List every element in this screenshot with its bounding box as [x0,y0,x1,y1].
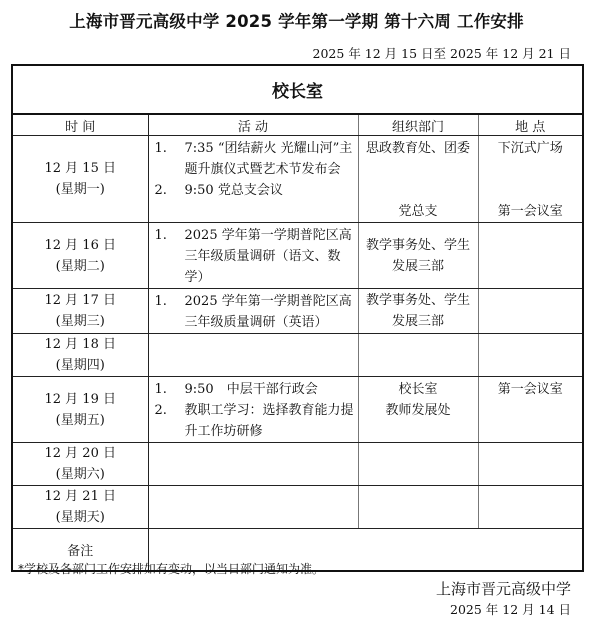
activity-number: 1. [155,138,185,180]
date-cell: 12 月 20 日 (星期六) [12,443,148,486]
department: 思政教育处、团委 [359,138,478,159]
department: 校长室 [359,379,478,400]
date: 12 月 16 日 [13,235,148,256]
document-title: 上海市晋元高级中学 2025 学年第一学期 第十六周 工作安排 [0,8,593,32]
department-cell: 教学事务处、学生发展三部 [358,289,478,334]
table-row: 12 月 17 日 (星期三) 1. 2025 学年第一学期普陀区高三年级质量调… [12,289,583,334]
department: 教学事务处、学生发展三部 [365,290,472,332]
activity-item: 2. 教职工学习：选择教育能力提升工作坊研修 [155,400,354,442]
activity-cell: 1. 7:35 “团结薪火 光耀山河”主题升旗仪式暨艺术节发布会 2. 9:50… [148,136,358,223]
table-row: 12 月 15 日 (星期一) 1. 7:35 “团结薪火 光耀山河”主题升旗仪… [12,136,583,223]
weekday: (星期天) [13,507,148,528]
date: 12 月 20 日 [13,443,148,464]
activity-text: 2025 学年第一学期普陀区高三年级质量调研（语文、数学） [185,225,354,288]
activity-text: 2025 学年第一学期普陀区高三年级质量调研（英语） [185,291,354,333]
signer: 上海市晋元高级中学 [436,578,571,599]
activity-number: 2. [155,180,185,201]
table-row: 12 月 21 日 (星期天) [12,486,583,529]
activity-text: 9:50 党总支会议 [185,180,354,201]
activity-number: 1. [155,291,185,333]
table-row: 12 月 18 日 (星期四) [12,334,583,377]
activity-text: 9:50 中层干部行政会 [185,379,354,400]
date-range: 2025 年 12 月 15 日至 2025 年 12 月 21 日 [313,44,571,62]
location-cell: 第一会议室 [478,377,583,443]
weekday: (星期三) [13,311,148,332]
date: 12 月 15 日 [13,158,148,179]
date-cell: 12 月 17 日 (星期三) [12,289,148,334]
activity-cell [148,334,358,377]
header-activity: 活 动 [148,114,358,136]
weekday: (星期五) [13,410,148,431]
date: 12 月 18 日 [13,334,148,355]
department-cell [358,443,478,486]
table-row: 12 月 20 日 (星期六) [12,443,583,486]
department-cell: 教学事务处、学生发展三部 [358,223,478,289]
sign-date: 2025 年 12 月 14 日 [450,600,571,618]
department-cell: 思政教育处、团委 党总支 [358,136,478,223]
weekday: (星期一) [13,179,148,200]
location-cell [478,223,583,289]
weekday: (星期六) [13,464,148,485]
activity-cell: 1. 2025 学年第一学期普陀区高三年级质量调研（语文、数学） [148,223,358,289]
schedule-table: 校长室 时 间 活 动 组织部门 地 点 12 月 15 日 (星期一) 1. … [11,64,584,572]
weekday: (星期二) [13,256,148,277]
department: 教学事务处、学生发展三部 [365,235,472,277]
office-heading: 校长室 [12,65,583,114]
activity-number: 2. [155,400,185,442]
location: 第一会议室 [479,201,583,222]
location: 第一会议室 [479,379,583,400]
date: 12 月 21 日 [13,486,148,507]
activity-item: 2. 9:50 党总支会议 [155,180,354,201]
activity-text: 教职工学习：选择教育能力提升工作坊研修 [185,400,354,442]
activity-item: 1. 2025 学年第一学期普陀区高三年级质量调研（英语） [155,291,354,333]
location-cell [478,486,583,529]
date-cell: 12 月 15 日 (星期一) [12,136,148,223]
activity-number: 1. [155,225,185,288]
activity-cell: 1. 2025 学年第一学期普陀区高三年级质量调研（英语） [148,289,358,334]
date-cell: 12 月 21 日 (星期天) [12,486,148,529]
header-time: 时 间 [12,114,148,136]
department-cell [358,486,478,529]
department-cell: 校长室 教师发展处 [358,377,478,443]
date-cell: 12 月 18 日 (星期四) [12,334,148,377]
activity-cell: 1. 9:50 中层干部行政会 2. 教职工学习：选择教育能力提升工作坊研修 [148,377,358,443]
activity-number: 1. [155,379,185,400]
location-cell [478,334,583,377]
department: 教师发展处 [359,400,478,421]
table-row: 12 月 19 日 (星期五) 1. 9:50 中层干部行政会 2. 教职工学习… [12,377,583,443]
date-cell: 12 月 16 日 (星期二) [12,223,148,289]
activity-cell [148,486,358,529]
table-row: 12 月 16 日 (星期二) 1. 2025 学年第一学期普陀区高三年级质量调… [12,223,583,289]
date: 12 月 19 日 [13,389,148,410]
footnote: *学校及各部门工作安排如有变动，以当日部门通知为准。 [18,560,324,577]
location: 下沉式广场 [479,138,583,159]
table-header-row: 时 间 活 动 组织部门 地 点 [12,114,583,136]
department-cell [358,334,478,377]
activity-item: 1. 2025 学年第一学期普陀区高三年级质量调研（语文、数学） [155,225,354,288]
activity-item: 1. 7:35 “团结薪火 光耀山河”主题升旗仪式暨艺术节发布会 [155,138,354,180]
date: 12 月 17 日 [13,290,148,311]
location-cell [478,443,583,486]
location-cell: 下沉式广场 第一会议室 [478,136,583,223]
activity-cell [148,443,358,486]
header-department: 组织部门 [358,114,478,136]
activity-text: 7:35 “团结薪火 光耀山河”主题升旗仪式暨艺术节发布会 [185,138,354,180]
header-location: 地 点 [478,114,583,136]
weekday: (星期四) [13,355,148,376]
date-cell: 12 月 19 日 (星期五) [12,377,148,443]
department: 党总支 [359,201,478,222]
location-cell [478,289,583,334]
activity-item: 1. 9:50 中层干部行政会 [155,379,354,400]
